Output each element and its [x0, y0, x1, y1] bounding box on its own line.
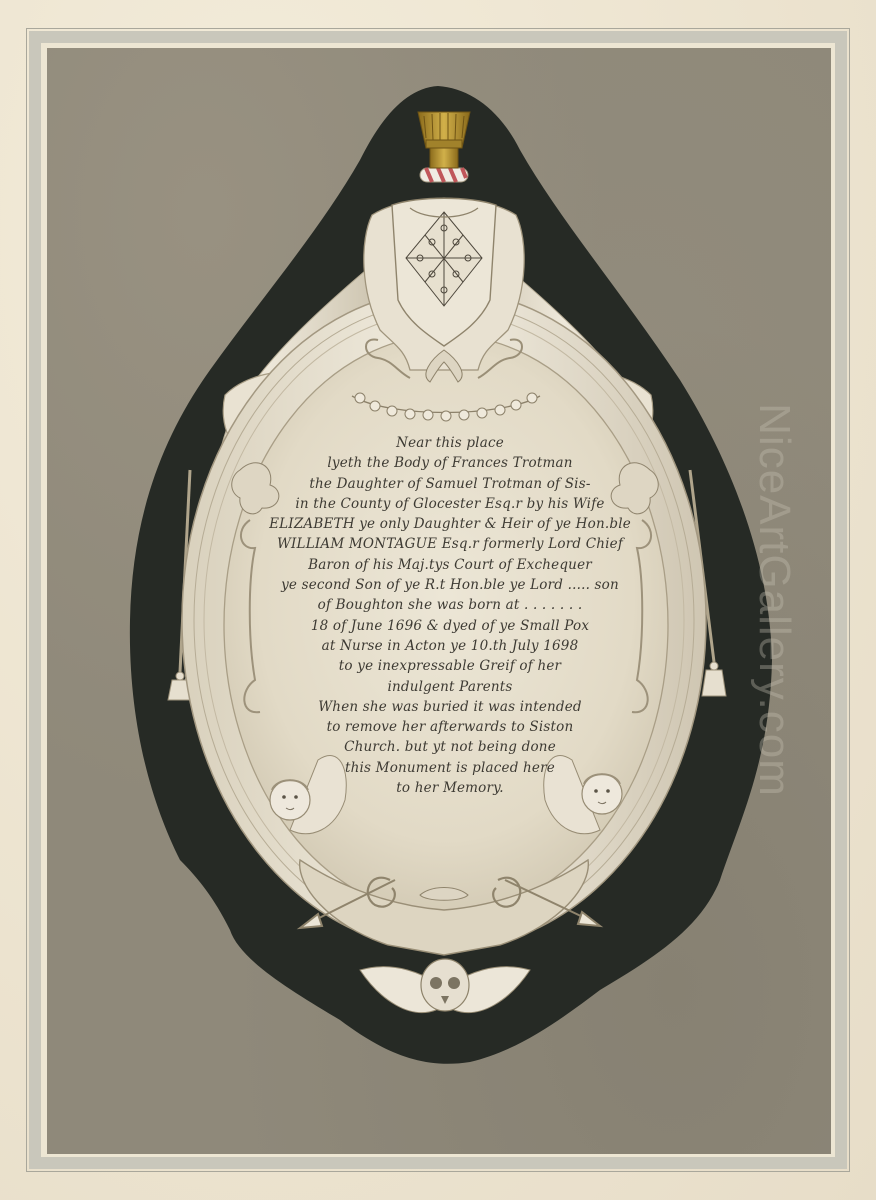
inscription-line: When she was buried it was intended [230, 697, 670, 717]
memorial-inscription: Near this place lyeth the Body of France… [230, 433, 670, 798]
cord-icon [420, 168, 468, 182]
inscription-line: Baron of his Maj.tys Court of Exchequer [230, 555, 670, 575]
inscription-line: of Boughton she was born at . . . . . . … [230, 595, 670, 615]
inscription-line: ye second Son of ye R.t Hon.ble ye Lord … [230, 575, 670, 595]
watermark-text: NiceArtGallery.com [749, 403, 799, 797]
inscription-line: WILLIAM MONTAGUE Esq.r formerly Lord Chi… [230, 534, 670, 554]
inscription-line: indulgent Parents [230, 677, 670, 697]
inscription-line: the Daughter of Samuel Trotman of Sis- [230, 474, 670, 494]
inscription-line: this Monument is placed here [230, 758, 670, 778]
inscription-line: to remove her afterwards to Siston [230, 717, 670, 737]
inscription-line: in the County of Glocester Esq.r by his … [230, 494, 670, 514]
inscription-line: to her Memory. [230, 778, 670, 798]
inscription-line: ELIZABETH ye only Daughter & Heir of ye … [230, 514, 670, 534]
inscription-line: Near this place [230, 433, 670, 453]
inscription-line: Church. but yt not being done [230, 737, 670, 757]
inscription-line: at Nurse in Acton ye 10.th July 1698 [230, 636, 670, 656]
inscription-line: 18 of June 1696 & dyed of ye Small Pox [230, 616, 670, 636]
inscription-line: lyeth the Body of Frances Trotman [230, 453, 670, 473]
inscription-line: to ye inexpressable Greif of her [230, 656, 670, 676]
